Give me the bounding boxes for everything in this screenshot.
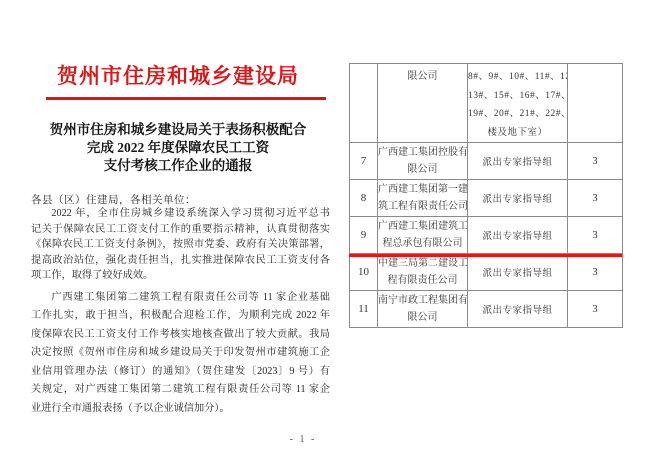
serial-number-cell: 8 xyxy=(350,180,378,217)
body-text-line: 业信用管理办法（修订）的通知》（贺住建发〔2023〕9 号）有 xyxy=(31,363,330,382)
document-page: 贺州市住房和城乡建设局 贺州市住房和城乡建设局关于表扬积极配合完成 2022 年… xyxy=(0,0,650,464)
paragraph: 2022 年，全市住房城乡建设系统深入学习贯彻习近平总书记关于保障农民工工资支付… xyxy=(31,206,330,284)
company-name-cell: 广西建工集团控股有限公司 xyxy=(378,143,468,180)
score-cell: 3 xyxy=(568,143,623,180)
score-cell: 3 xyxy=(568,217,623,254)
body-text-line: 业进行全市通报表扬（予以企业诚信加分）。 xyxy=(31,400,330,419)
measure-cell: 派出专家指导组 xyxy=(468,254,568,291)
company-name-cell: 南宁市政工程集团有限公司 xyxy=(378,291,468,328)
score-cell: 3 xyxy=(568,291,623,328)
awards-table-body: 限公司8#、9#、10#、11#、12#、13#、15#、16#、17#、18#… xyxy=(350,64,623,328)
company-name-cell: 中建三局第二建设工程有限责任公司 xyxy=(378,254,468,291)
measure-cell: 派出专家指导组 xyxy=(468,143,568,180)
letterhead-divider-rule xyxy=(46,97,326,100)
body-text-line: 决定按照《贺州市住房和城乡建设局关于印发贺州市建筑施工企 xyxy=(31,344,330,363)
red-annotation-line xyxy=(349,254,622,257)
measure-cell: 派出专家指导组 xyxy=(468,291,568,328)
company-name-cell: 广西建工集团第一建筑工程有限责任公司 xyxy=(378,180,468,217)
table-row: 9广西建工集团建筑工程总承包有限公司派出专家指导组3 xyxy=(350,217,623,254)
company-name-cell: 广西建工集团建筑工程总承包有限公司 xyxy=(378,217,468,254)
page-number: - 1 - xyxy=(278,434,328,445)
serial-number-cell: 10 xyxy=(350,254,378,291)
body-text-line: 提高政治站位，强化责任担当，扎实推进保障农民工工资支付各 xyxy=(31,253,330,269)
measure-cell: 派出专家指导组 xyxy=(468,217,568,254)
score-cell: 3 xyxy=(568,254,623,291)
salutation-line: 各县（区）住建局，各相关单位： xyxy=(31,192,331,207)
body-paragraphs: 2022 年，全市住房城乡建设系统深入学习贯彻习近平总书记关于保障农民工工资支付… xyxy=(31,206,330,418)
score-cell: 3 xyxy=(568,180,623,217)
paragraph: 广西建工集团第二建筑工程有限责任公司等 11 家企业基础工作扎实，敢于担当，积极… xyxy=(31,289,330,419)
company-name-cell: 限公司 xyxy=(378,64,468,143)
measure-cell: 派出专家指导组 xyxy=(468,180,568,217)
table-row: 8广西建工集团第一建筑工程有限责任公司派出专家指导组3 xyxy=(350,180,623,217)
letterhead-agency-title: 贺州市住房和城乡建设局 xyxy=(30,60,326,90)
measure-cell: 8#、9#、10#、11#、12#、13#、15#、16#、17#、18#、19… xyxy=(468,64,568,143)
body-text-line: 记关于保障农民工工资支付工作的重要指示精神，认真贯彻落实 xyxy=(31,222,330,238)
score-cell xyxy=(568,64,623,143)
body-text-line: 关规定，对广西建工集团第二建筑工程有限责任公司等 11 家企 xyxy=(31,381,330,400)
body-text-line: 《保障农民工工资支付条例》，按照市党委、政府有关决策部署， xyxy=(31,237,330,253)
title-line: 支付考核工作企业的通报 xyxy=(30,157,326,175)
body-text-line: 项工作，取得了较好成效。 xyxy=(31,268,330,284)
table-row: 7广西建工集团控股有限公司派出专家指导组3 xyxy=(350,143,623,180)
body-text-line: 度保障农民工工资支付工作考核实地核查做出了较大贡献。我局 xyxy=(31,326,330,345)
awards-table: 限公司8#、9#、10#、11#、12#、13#、15#、16#、17#、18#… xyxy=(349,63,623,328)
title-line: 完成 2022 年度保障农民工工资 xyxy=(30,139,326,157)
body-text-line: 工作扎实，敢于担当，积极配合迎检工作，为顺利完成 2022 年 xyxy=(31,307,330,326)
title-line: 贺州市住房和城乡建设局关于表扬积极配合 xyxy=(30,121,326,139)
serial-number-cell: 7 xyxy=(350,143,378,180)
body-text-line: 2022 年，全市住房城乡建设系统深入学习贯彻习近平总书 xyxy=(31,206,330,222)
table-row: 限公司8#、9#、10#、11#、12#、13#、15#、16#、17#、18#… xyxy=(350,64,623,143)
body-text-line: 广西建工集团第二建筑工程有限责任公司等 11 家企业基础 xyxy=(31,289,330,308)
serial-number-cell xyxy=(350,64,378,143)
table-row: 10中建三局第二建设工程有限责任公司派出专家指导组3 xyxy=(350,254,623,291)
document-title: 贺州市住房和城乡建设局关于表扬积极配合完成 2022 年度保障农民工工资支付考核… xyxy=(30,121,326,175)
table-row: 11南宁市政工程集团有限公司派出专家指导组3 xyxy=(350,291,623,328)
serial-number-cell: 9 xyxy=(350,217,378,254)
table-container: 限公司8#、9#、10#、11#、12#、13#、15#、16#、17#、18#… xyxy=(349,63,623,328)
serial-number-cell: 11 xyxy=(350,291,378,328)
